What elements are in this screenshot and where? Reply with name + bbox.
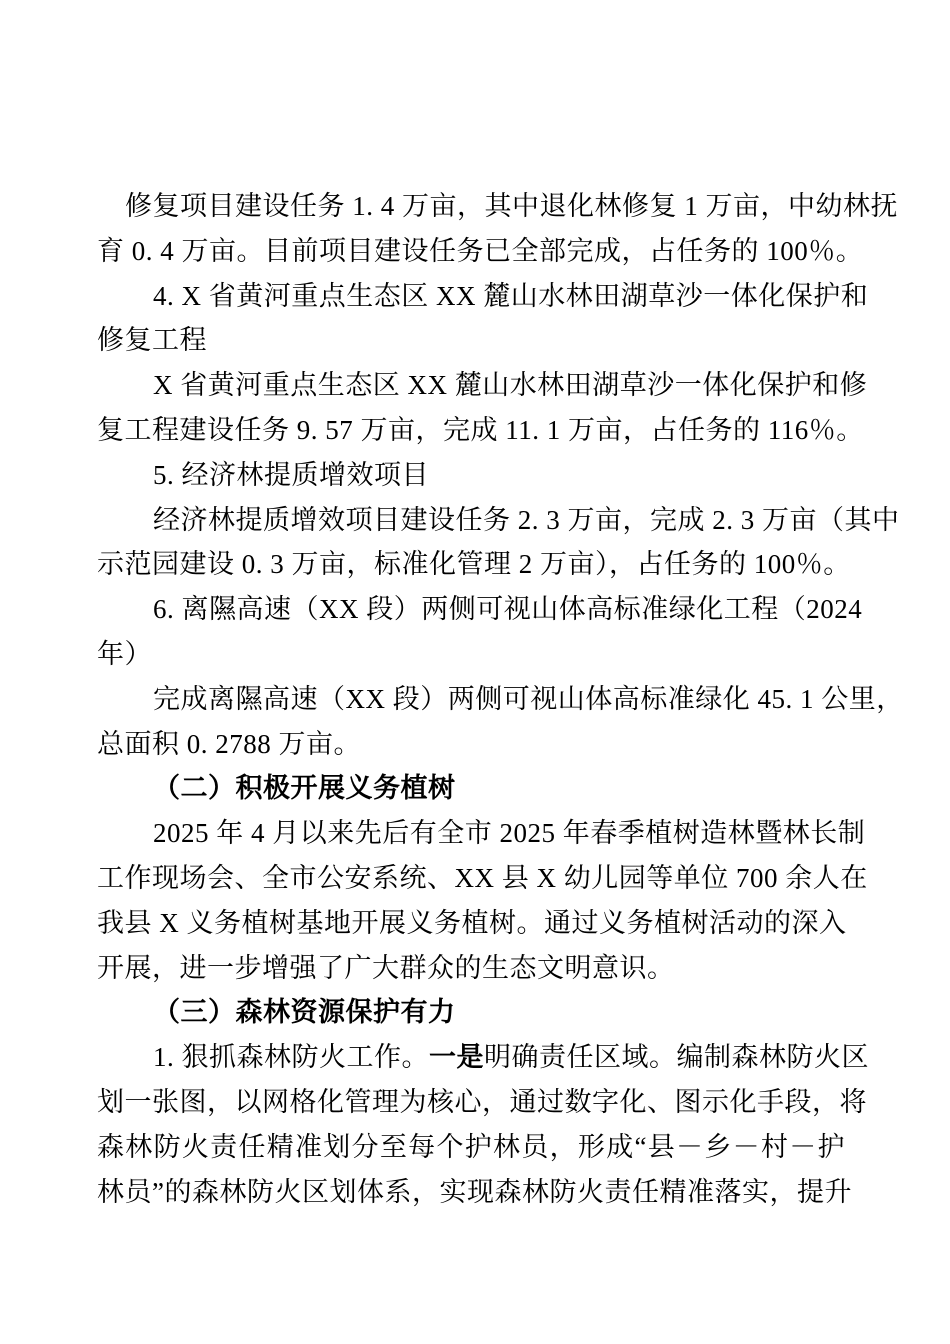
text-line: 划一张图，以网格化管理为核心，通过数字化、图示化手段，将 (97, 1080, 845, 1125)
text-line: 修复项目建设任务 1. 4 万亩，其中退化林修复 1 万亩，中幼林抚 (97, 184, 845, 229)
text-line: 我县 X 义务植树基地开展义务植树。通过义务植树活动的深入 (97, 901, 845, 946)
text-segment: 5. 经济林提质增效项目 (153, 460, 429, 490)
text-line: 年） (97, 632, 845, 677)
text-line: 4. X 省黄河重点生态区 XX 麓山水林田湖草沙一体化保护和 (97, 274, 845, 319)
text-line: 复工程建设任务 9. 57 万亩，完成 11. 1 万亩，占任务的 116％。 (97, 408, 845, 453)
text-segment: 完成离隰高速（XX 段）两侧可视山体高标准绿化 45. 1 公里， (153, 684, 904, 714)
text-line: 6. 离隰高速（XX 段）两侧可视山体高标准绿化工程（2024 (97, 587, 845, 632)
section-heading: （三）森林资源保护有力 (97, 990, 845, 1035)
text-segment: 4. X 省黄河重点生态区 XX 麓山水林田湖草沙一体化保护和 (153, 281, 868, 311)
text-line: 森林防火责任精准划分至每个护林员，形成“县－乡－村－护 (97, 1125, 845, 1170)
text-line: 育 0. 4 万亩。目前项目建设任务已全部完成，占任务的 100％。 (97, 229, 845, 274)
text-line: 2025 年 4 月以来先后有全市 2025 年春季植树造林暨林长制 (97, 811, 845, 856)
text-segment: 育 0. 4 万亩。目前项目建设任务已全部完成，占任务的 100％。 (97, 236, 863, 266)
text-line: 完成离隰高速（XX 段）两侧可视山体高标准绿化 45. 1 公里， (97, 677, 845, 722)
text-segment: 6. 离隰高速（XX 段）两侧可视山体高标准绿化工程（2024 (153, 594, 862, 624)
text-segment: X 省黄河重点生态区 XX 麓山水林田湖草沙一体化保护和修 (153, 370, 867, 400)
text-segment: 开展，进一步增强了广大群众的生态文明意识。 (97, 953, 675, 983)
text-line: 林员”的森林防火区划体系，实现森林防火责任精准落实，提升 (97, 1170, 845, 1215)
text-line: 经济林提质增效项目建设任务 2. 3 万亩，完成 2. 3 万亩（其中 (97, 498, 845, 543)
text-line: 示范园建设 0. 3 万亩，标准化管理 2 万亩），占任务的 100％。 (97, 542, 845, 587)
text-line: X 省黄河重点生态区 XX 麓山水林田湖草沙一体化保护和修 (97, 363, 845, 408)
text-segment: 年） (97, 639, 152, 669)
text-segment: 复工程建设任务 9. 57 万亩，完成 11. 1 万亩，占任务的 116％。 (97, 415, 864, 445)
text-line: 修复工程 (97, 318, 845, 363)
text-segment: 划一张图，以网格化管理为核心，通过数字化、图示化手段，将 (97, 1087, 867, 1117)
text-line: 总面积 0. 2788 万亩。 (97, 722, 845, 767)
text-segment: 工作现场会、全市公安系统、XX 县 X 幼儿园等单位 700 余人在 (97, 863, 868, 893)
text-segment: 经济林提质增效项目建设任务 2. 3 万亩，完成 2. 3 万亩（其中 (153, 505, 900, 535)
text-line: 5. 经济林提质增效项目 (97, 453, 845, 498)
text-segment: 2025 年 4 月以来先后有全市 2025 年春季植树造林暨林长制 (153, 818, 865, 848)
text-segment: （二）积极开展义务植树 (153, 773, 456, 803)
document-page: 修复项目建设任务 1. 4 万亩，其中退化林修复 1 万亩，中幼林抚育 0. 4… (0, 0, 950, 1344)
document-text-body: 修复项目建设任务 1. 4 万亩，其中退化林修复 1 万亩，中幼林抚育 0. 4… (97, 184, 845, 1214)
text-line: 开展，进一步增强了广大群众的生态文明意识。 (97, 946, 845, 991)
text-segment: 明确责任区域。编制森林防火区 (484, 1042, 869, 1072)
text-segment: 修复项目建设任务 1. 4 万亩，其中退化林修复 1 万亩，中幼林抚 (125, 191, 898, 221)
text-segment: 森林防火责任精准划分至每个护林员，形成“县－乡－村－护 (97, 1132, 845, 1162)
text-line: 1. 狠抓森林防火工作。一是明确责任区域。编制森林防火区 (97, 1035, 845, 1080)
text-segment: 我县 X 义务植树基地开展义务植树。通过义务植树活动的深入 (97, 908, 847, 938)
bold-emphasis: 一是 (429, 1042, 484, 1072)
text-segment: （三）森林资源保护有力 (153, 997, 456, 1027)
text-segment: 林员”的森林防火区划体系，实现森林防火责任精准落实，提升 (97, 1177, 852, 1207)
text-segment: 修复工程 (97, 325, 207, 355)
section-heading: （二）积极开展义务植树 (97, 766, 845, 811)
text-segment: 1. 狠抓森林防火工作。 (153, 1042, 429, 1072)
text-segment: 总面积 0. 2788 万亩。 (97, 729, 361, 759)
text-line: 工作现场会、全市公安系统、XX 县 X 幼儿园等单位 700 余人在 (97, 856, 845, 901)
text-segment: 示范园建设 0. 3 万亩，标准化管理 2 万亩），占任务的 100％。 (97, 549, 851, 579)
